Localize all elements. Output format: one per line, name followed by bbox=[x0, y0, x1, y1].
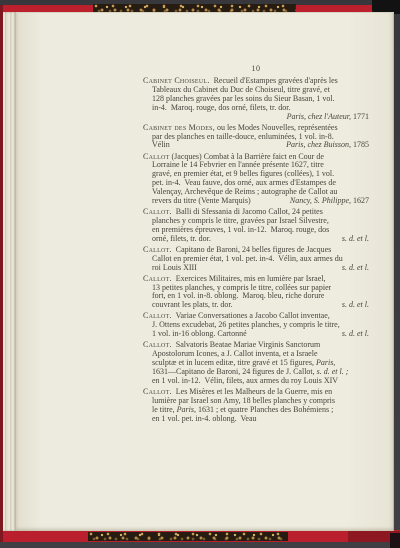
entry-line: Callot (Jacques) Combat à la Barrière fa… bbox=[143, 153, 369, 162]
entry-line: couvrant les plats, tr. dor.s. d. et l. bbox=[143, 301, 369, 310]
entry-line: Callot. Exercices Militaires, mis en lum… bbox=[143, 275, 369, 284]
catalog-entry: Callot. Variae Conversationes a Jacobo C… bbox=[143, 312, 369, 339]
entry-text: 13 petites planches, y compris le titre,… bbox=[152, 284, 331, 293]
entry-text: Callot. Les Misères et les Malheurs de l… bbox=[143, 388, 332, 397]
entry-text: Callot. Balli di Sfessania di Jacomo Cal… bbox=[143, 208, 323, 217]
imprint-text: s. d. et l. bbox=[342, 264, 369, 273]
entry-line: 1631—Capitano de Baroni, 24 figures de J… bbox=[143, 368, 369, 377]
entry-text: roi Louis XIII bbox=[152, 264, 197, 273]
entry-line: VélinParis, chez Buisson, 1785 bbox=[143, 141, 369, 150]
entry-line: Callot en premier état, 1 vol. pet. in-4… bbox=[143, 255, 369, 264]
entry-text: Callot. Capitano de Baroni, 24 belles fi… bbox=[143, 246, 331, 255]
entry-text: Callot. Salvatoris Beatae Mariae Virgini… bbox=[143, 341, 320, 350]
entry-line: Cabinet des Modes, ou les Modes Nouvelle… bbox=[143, 124, 369, 133]
photo-shadow-bottom-right bbox=[390, 533, 400, 548]
entry-line: pet. in-4. Veau fauve, dos orné, aux arm… bbox=[143, 179, 369, 188]
entry-line: sculptæ et in lucem editæ, titre gravé e… bbox=[143, 359, 369, 368]
entry-line: lumière par Israel son Amy, 18 belles pl… bbox=[143, 397, 369, 406]
entry-line: planches y compris le titre, gravées par… bbox=[143, 217, 369, 226]
entry-text: 1631—Capitano de Baroni, 24 figures de J… bbox=[152, 368, 348, 377]
catalog-entry: Callot. Exercices Militaires, mis en lum… bbox=[143, 275, 369, 311]
imprint-text: s. d. et l. bbox=[342, 330, 369, 339]
entry-text: Apostolorum Icones, a J. Callot inventa,… bbox=[152, 350, 318, 359]
entry-line: Paris, chez l'Auteur, 1771 bbox=[143, 113, 369, 122]
catalog-entry: Callot. Capitano de Baroni, 24 belles fi… bbox=[143, 246, 369, 273]
entry-text: Lorraine le 14 Febvrier en l'année prése… bbox=[152, 161, 324, 170]
entry-text: couvrant les plats, tr. dor. bbox=[152, 301, 233, 310]
entry-text: planches y compris le titre, gravées par… bbox=[152, 217, 329, 226]
entry-line: en 1 vol. pet. in-4. oblong. Veau bbox=[143, 415, 369, 424]
entry-text: Cabinet Choiseul. Recueil d'Estampes gra… bbox=[143, 77, 338, 86]
entry-line: orné, filets, tr. dor.s. d. et l. bbox=[143, 235, 369, 244]
catalog-entry: Callot. Les Misères et les Malheurs de l… bbox=[143, 388, 369, 424]
entry-line: roi Louis XIIIs. d. et l. bbox=[143, 264, 369, 273]
entry-line: revers du titre (Vente Marquis)Nancy, S.… bbox=[143, 197, 369, 206]
entry-text: en premières épreuves, 1 vol. in-12. Mar… bbox=[152, 226, 329, 235]
entry-line: 13 petites planches, y compris le titre,… bbox=[143, 284, 369, 293]
imprint-text: s. d. et l. bbox=[342, 235, 369, 244]
entry-line: Callot. Balli di Sfessania di Jacomo Cal… bbox=[143, 208, 369, 217]
entry-line: Callot. Variae Conversationes a Jacobo C… bbox=[143, 312, 369, 321]
catalog-entry: Callot. Balli di Sfessania di Jacomo Cal… bbox=[143, 208, 369, 244]
entry-text: le titre, Paris, 1631 ; et quatre Planch… bbox=[152, 406, 333, 415]
entry-line: fort, en 1 vol. in-8. oblong. Maroq. ble… bbox=[143, 292, 369, 301]
entry-text: lumière par Israel son Amy, 18 belles pl… bbox=[152, 397, 335, 406]
entry-line: en premières épreuves, 1 vol. in-12. Mar… bbox=[143, 226, 369, 235]
imprint-text: Nancy, S. Philippe, 1627 bbox=[290, 197, 369, 206]
entry-text: revers du titre (Vente Marquis) bbox=[152, 197, 251, 206]
entry-line: Cabinet Choiseul. Recueil d'Estampes gra… bbox=[143, 77, 369, 86]
entry-text: en 1 vol. pet. in-4. oblong. Veau bbox=[152, 415, 257, 424]
catalog-entry: Cabinet des Modes, ou les Modes Nouvelle… bbox=[143, 124, 369, 151]
entry-line: 1 vol. in-16 oblong. Cartonnés. d. et l. bbox=[143, 330, 369, 339]
imprint-text: s. d. et l. bbox=[342, 301, 369, 310]
entry-line: gravé, en premier état, et 9 belles figu… bbox=[143, 170, 369, 179]
entry-line: 128 planches gravées par les soins du Si… bbox=[143, 95, 369, 104]
entry-text: Callot en premier état, 1 vol. pet. in-4… bbox=[152, 255, 343, 264]
entry-text: pet. in-4. Veau fauve, dos orné, aux arm… bbox=[152, 179, 336, 188]
entry-text: 128 planches gravées par les soins du Si… bbox=[152, 95, 335, 104]
entry-text: fort, en 1 vol. in-8. oblong. Maroq. ble… bbox=[152, 292, 324, 301]
entry-text: orné, filets, tr. dor. bbox=[152, 235, 211, 244]
entry-text: Callot. Exercices Militaires, mis en lum… bbox=[143, 275, 325, 284]
entry-line: Apostolorum Icones, a J. Callot inventa,… bbox=[143, 350, 369, 359]
imprint-text: Paris, chez Buisson, 1785 bbox=[286, 141, 369, 150]
entry-text: Vélin bbox=[152, 141, 170, 150]
catalog-entry: Cabinet Choiseul. Recueil d'Estampes gra… bbox=[143, 77, 369, 121]
entry-text: gravé, en premier état, et 9 belles figu… bbox=[152, 170, 334, 179]
entry-text: sculptæ et in lucem editæ, titre gravé e… bbox=[152, 359, 335, 368]
entry-text: in-4. Maroq. rouge, dos orné, filets, tr… bbox=[152, 104, 290, 113]
entry-line: J. Ottens excudebat, 26 petites planches… bbox=[143, 321, 369, 330]
catalog-entry: Callot. Salvatoris Beatae Mariae Virgini… bbox=[143, 341, 369, 385]
entry-text: J. Ottens excudebat, 26 petites planches… bbox=[152, 321, 340, 330]
catalog-entries: Cabinet Choiseul. Recueil d'Estampes gra… bbox=[143, 77, 369, 426]
entry-text: en 1 vol. in-12. Vélin, filets, aux arme… bbox=[152, 377, 338, 386]
entry-text: 1 vol. in-16 oblong. Cartonné bbox=[152, 330, 247, 339]
page-number: 10 bbox=[143, 64, 369, 73]
entry-line: Callot. Les Misères et les Malheurs de l… bbox=[143, 388, 369, 397]
imprint-text: Paris, chez l'Auteur, 1771 bbox=[287, 113, 369, 122]
marbled-page-edges-bottom bbox=[88, 532, 288, 541]
entry-line: le titre, Paris, 1631 ; et quatre Planch… bbox=[143, 406, 369, 415]
page-leaf-edges bbox=[3, 12, 17, 531]
entry-line: Callot. Salvatoris Beatae Mariae Virgini… bbox=[143, 341, 369, 350]
entry-line: Lorraine le 14 Febvrier en l'année prése… bbox=[143, 161, 369, 170]
entry-line: en 1 vol. in-12. Vélin, filets, aux arme… bbox=[143, 377, 369, 386]
catalog-entry: Callot (Jacques) Combat à la Barrière fa… bbox=[143, 153, 369, 206]
book-photo: 10 Cabinet Choiseul. Recueil d'Estampes … bbox=[0, 0, 400, 548]
entry-line: Callot. Capitano de Baroni, 24 belles fi… bbox=[143, 246, 369, 255]
entry-text: Callot (Jacques) Combat à la Barrière fa… bbox=[143, 153, 324, 162]
entry-text: Cabinet des Modes, ou les Modes Nouvelle… bbox=[143, 124, 338, 133]
entry-text: Callot. Variae Conversationes a Jacobo C… bbox=[143, 312, 330, 321]
entry-text: Tableaux du Cabinet du Duc de Choiseul, … bbox=[152, 86, 330, 95]
entry-line: Tableaux du Cabinet du Duc de Choiseul, … bbox=[143, 86, 369, 95]
